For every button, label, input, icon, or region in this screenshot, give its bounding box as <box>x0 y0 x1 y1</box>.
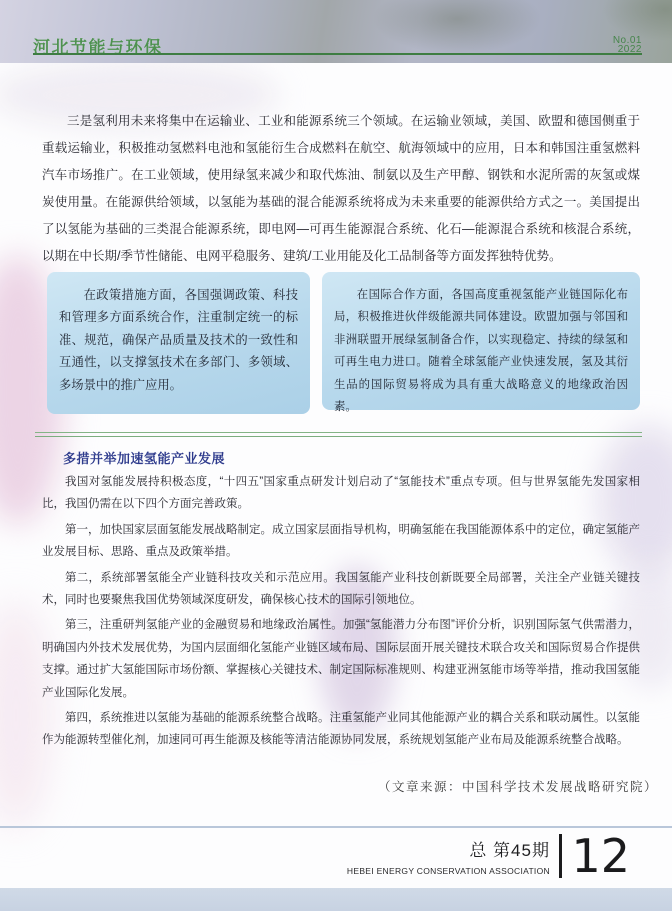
international-cooperation-text: 在国际合作方面，各国高度重视氢能产业链国际化布局，积极推进伙伴级能源共同体建设。… <box>334 284 628 418</box>
body-paragraph: 第四，系统推进以氢能为基础的能源系统整合战略。注重氢能产业同其他能源产业的耦合关… <box>42 707 640 752</box>
page-number-divider <box>559 834 563 878</box>
section-heading: 多措并举加速氢能产业发展 <box>63 448 225 467</box>
association-name: HEBEI ENERGY CONSERVATION ASSOCIATION <box>347 866 550 876</box>
source-note: （文章来源：中国科学技术发展战略研究院） <box>42 777 658 795</box>
section-body: 我国对氢能发展持积极态度，“十四五”国家重点研发计划启动了“氢能技术”重点专项。… <box>42 471 640 755</box>
body-paragraph: 我国对氢能发展持积极态度，“十四五”国家重点研发计划启动了“氢能技术”重点专项。… <box>42 471 640 516</box>
international-cooperation-box: 在国际合作方面，各国高度重视氢能产业链国际化布局，积极推进伙伴级能源共同体建设。… <box>322 272 640 410</box>
section-separator-line <box>35 432 642 437</box>
body-paragraph: 第一，加快国家层面氢能发展战略制定。成立国家层面指导机构，明确氢能在我国能源体系… <box>42 519 640 564</box>
footer-rule <box>0 826 672 828</box>
page-number: 12 <box>571 834 630 878</box>
header-rule <box>33 53 642 55</box>
policy-measures-text: 在政策措施方面，各国强调政策、科技和管理多方面系统合作，注重制定统一的标准、规范… <box>59 284 298 396</box>
magazine-page: 河北节能与环保 No.01 2022 三是氢利用未来将集中在运输业、工业和能源系… <box>0 0 672 911</box>
body-paragraph: 第二，系统部署氢能全产业链科技攻关和示范应用。我国氢能产业科技创新既要全局部署，… <box>42 567 640 612</box>
body-paragraph: 第三，注重研判氢能产业的金融贸易和地缘政治属性。加强“氢能潜力分布图”评价分析，… <box>42 614 640 704</box>
issue-label: 总 第45期 <box>347 836 550 861</box>
bottom-strip <box>0 888 672 911</box>
footer: 总 第45期 HEBEI ENERGY CONSERVATION ASSOCIA… <box>347 834 630 878</box>
highlight-boxes-row: 在政策措施方面，各国强调政策、科技和管理多方面系统合作，注重制定统一的标准、规范… <box>47 272 640 414</box>
issue-info: No.01 2022 <box>613 36 642 54</box>
intro-paragraph: 三是氢利用未来将集中在运输业、工业和能源系统三个领域。在运输业领域，美国、欧盟和… <box>42 108 640 270</box>
policy-measures-box: 在政策措施方面，各国强调政策、科技和管理多方面系统合作，注重制定统一的标准、规范… <box>47 272 310 414</box>
footer-meta: 总 第45期 HEBEI ENERGY CONSERVATION ASSOCIA… <box>347 836 550 876</box>
